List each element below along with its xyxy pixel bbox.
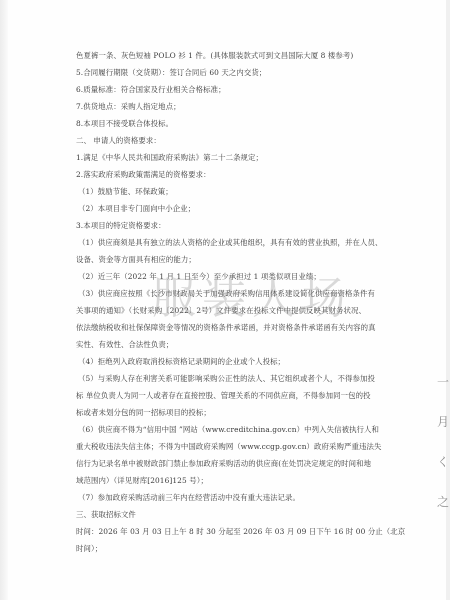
- text-line: 标或者未划分包的同一招标项目的投标；: [76, 404, 376, 421]
- text-line: 5.合同履行期限（交货期）：签订合同后 60 天之内交货；: [76, 64, 376, 81]
- text-line: 色夏裤一条、灰色短袖 POLO 衫 1 件。(具体服装款式可到文昌国际大厦 8 …: [76, 47, 376, 64]
- text-line: （5）与采购人存在利害关系可能影响采购公正性的法人、其它组织或者个人，不得参加投: [76, 370, 376, 387]
- text-line: 7.供货地点：采购人指定地点；: [76, 98, 376, 115]
- document-body: 色夏裤一条、灰色短袖 POLO 衫 1 件。(具体服装款式可到文昌国际大厦 8 …: [76, 47, 376, 557]
- handwriting-mark: く: [436, 442, 450, 482]
- text-line: （7）参加政府采购活动前三年内在经营活动中没有重大违法记录。: [76, 489, 376, 506]
- text-line: 依法缴纳税收和社保保障资金等情况的资格条件承诺函，并对资格条件承诺函有关内容的真: [76, 319, 376, 336]
- text-line: 时间）；: [76, 540, 376, 557]
- text-line: （3）供应商应按照《长沙市财政局关于加强政府采购信用体系建设简化供应商资格条件有: [76, 285, 376, 302]
- text-line: 6.质量标准：符合国家及行业相关合格标准；: [76, 81, 376, 98]
- margin-handwriting: 一月 く 之: [436, 362, 450, 522]
- text-line: 2.落实政府采购政策需满足的资格要求：: [76, 166, 376, 183]
- text-line: 3.本项目的特定资格要求：: [76, 217, 376, 234]
- section-heading: 二、 申请人的资格要求：: [76, 132, 376, 149]
- text-line: 信行为记录名单中被财政部门禁止参加政府采购活动的供应商(在处罚决定规定的时间和地: [76, 455, 376, 472]
- text-line: 1.满足《中华人民共和国政府采购法》第二十二条规定；: [76, 149, 376, 166]
- text-line: 实性、有效性、合法性负责；: [76, 336, 376, 353]
- text-line: （4）拒绝列入政府取消投标资格记录期间的企业或个人投标；: [76, 353, 376, 370]
- text-line: （6）供应商不得为“信用中国 ”网站（www.creditchina.gov.c…: [76, 421, 376, 438]
- text-line: （2）近三年（2022 年 1 月 1 日至今）至少承担过 1 项类似项目业绩；: [76, 268, 376, 285]
- text-line: （1）鼓励节能、环保政策；: [76, 183, 376, 200]
- text-line: 域范围内）（详见财库[2016]125 号）；: [76, 472, 376, 489]
- text-line: 标 单位负责人为同一人或者存在直接控股、管理关系的不同供应商，不得参加同一包的投: [76, 387, 376, 404]
- handwriting-mark: 之: [436, 482, 450, 522]
- text-line: （2）本项目非专门面向中小企业；: [76, 200, 376, 217]
- text-line: 8.本项目不接受联合体投标。: [76, 115, 376, 132]
- scanned-document-page: 色夏裤一条、灰色短袖 POLO 衫 1 件。(具体服装款式可到文昌国际大厦 8 …: [0, 0, 450, 600]
- text-line: 设备、资金等方面具有相应的能力；: [76, 251, 376, 268]
- section-heading: 三、获取招标文件: [76, 506, 376, 523]
- text-line: 重大税收违法失信主体；不得为中国政府采购网（www.ccgp.gov.cn）政府…: [76, 438, 376, 455]
- page-left-shadow: [0, 0, 8, 600]
- text-line: （1）供应商须是具有独立的法人资格的企业或其他组织，具有有效的营业执照，并在人员…: [76, 234, 376, 251]
- handwriting-mark: 一月: [436, 362, 450, 442]
- text-line: 关事项的通知》（长财采购〔2022〕2号）文件要求在投标文件中提供反映其财务状况…: [76, 302, 376, 319]
- text-line: 时间：2026 年 03 月 03 日上午 8 时 30 分起至 2026 年 …: [76, 523, 376, 540]
